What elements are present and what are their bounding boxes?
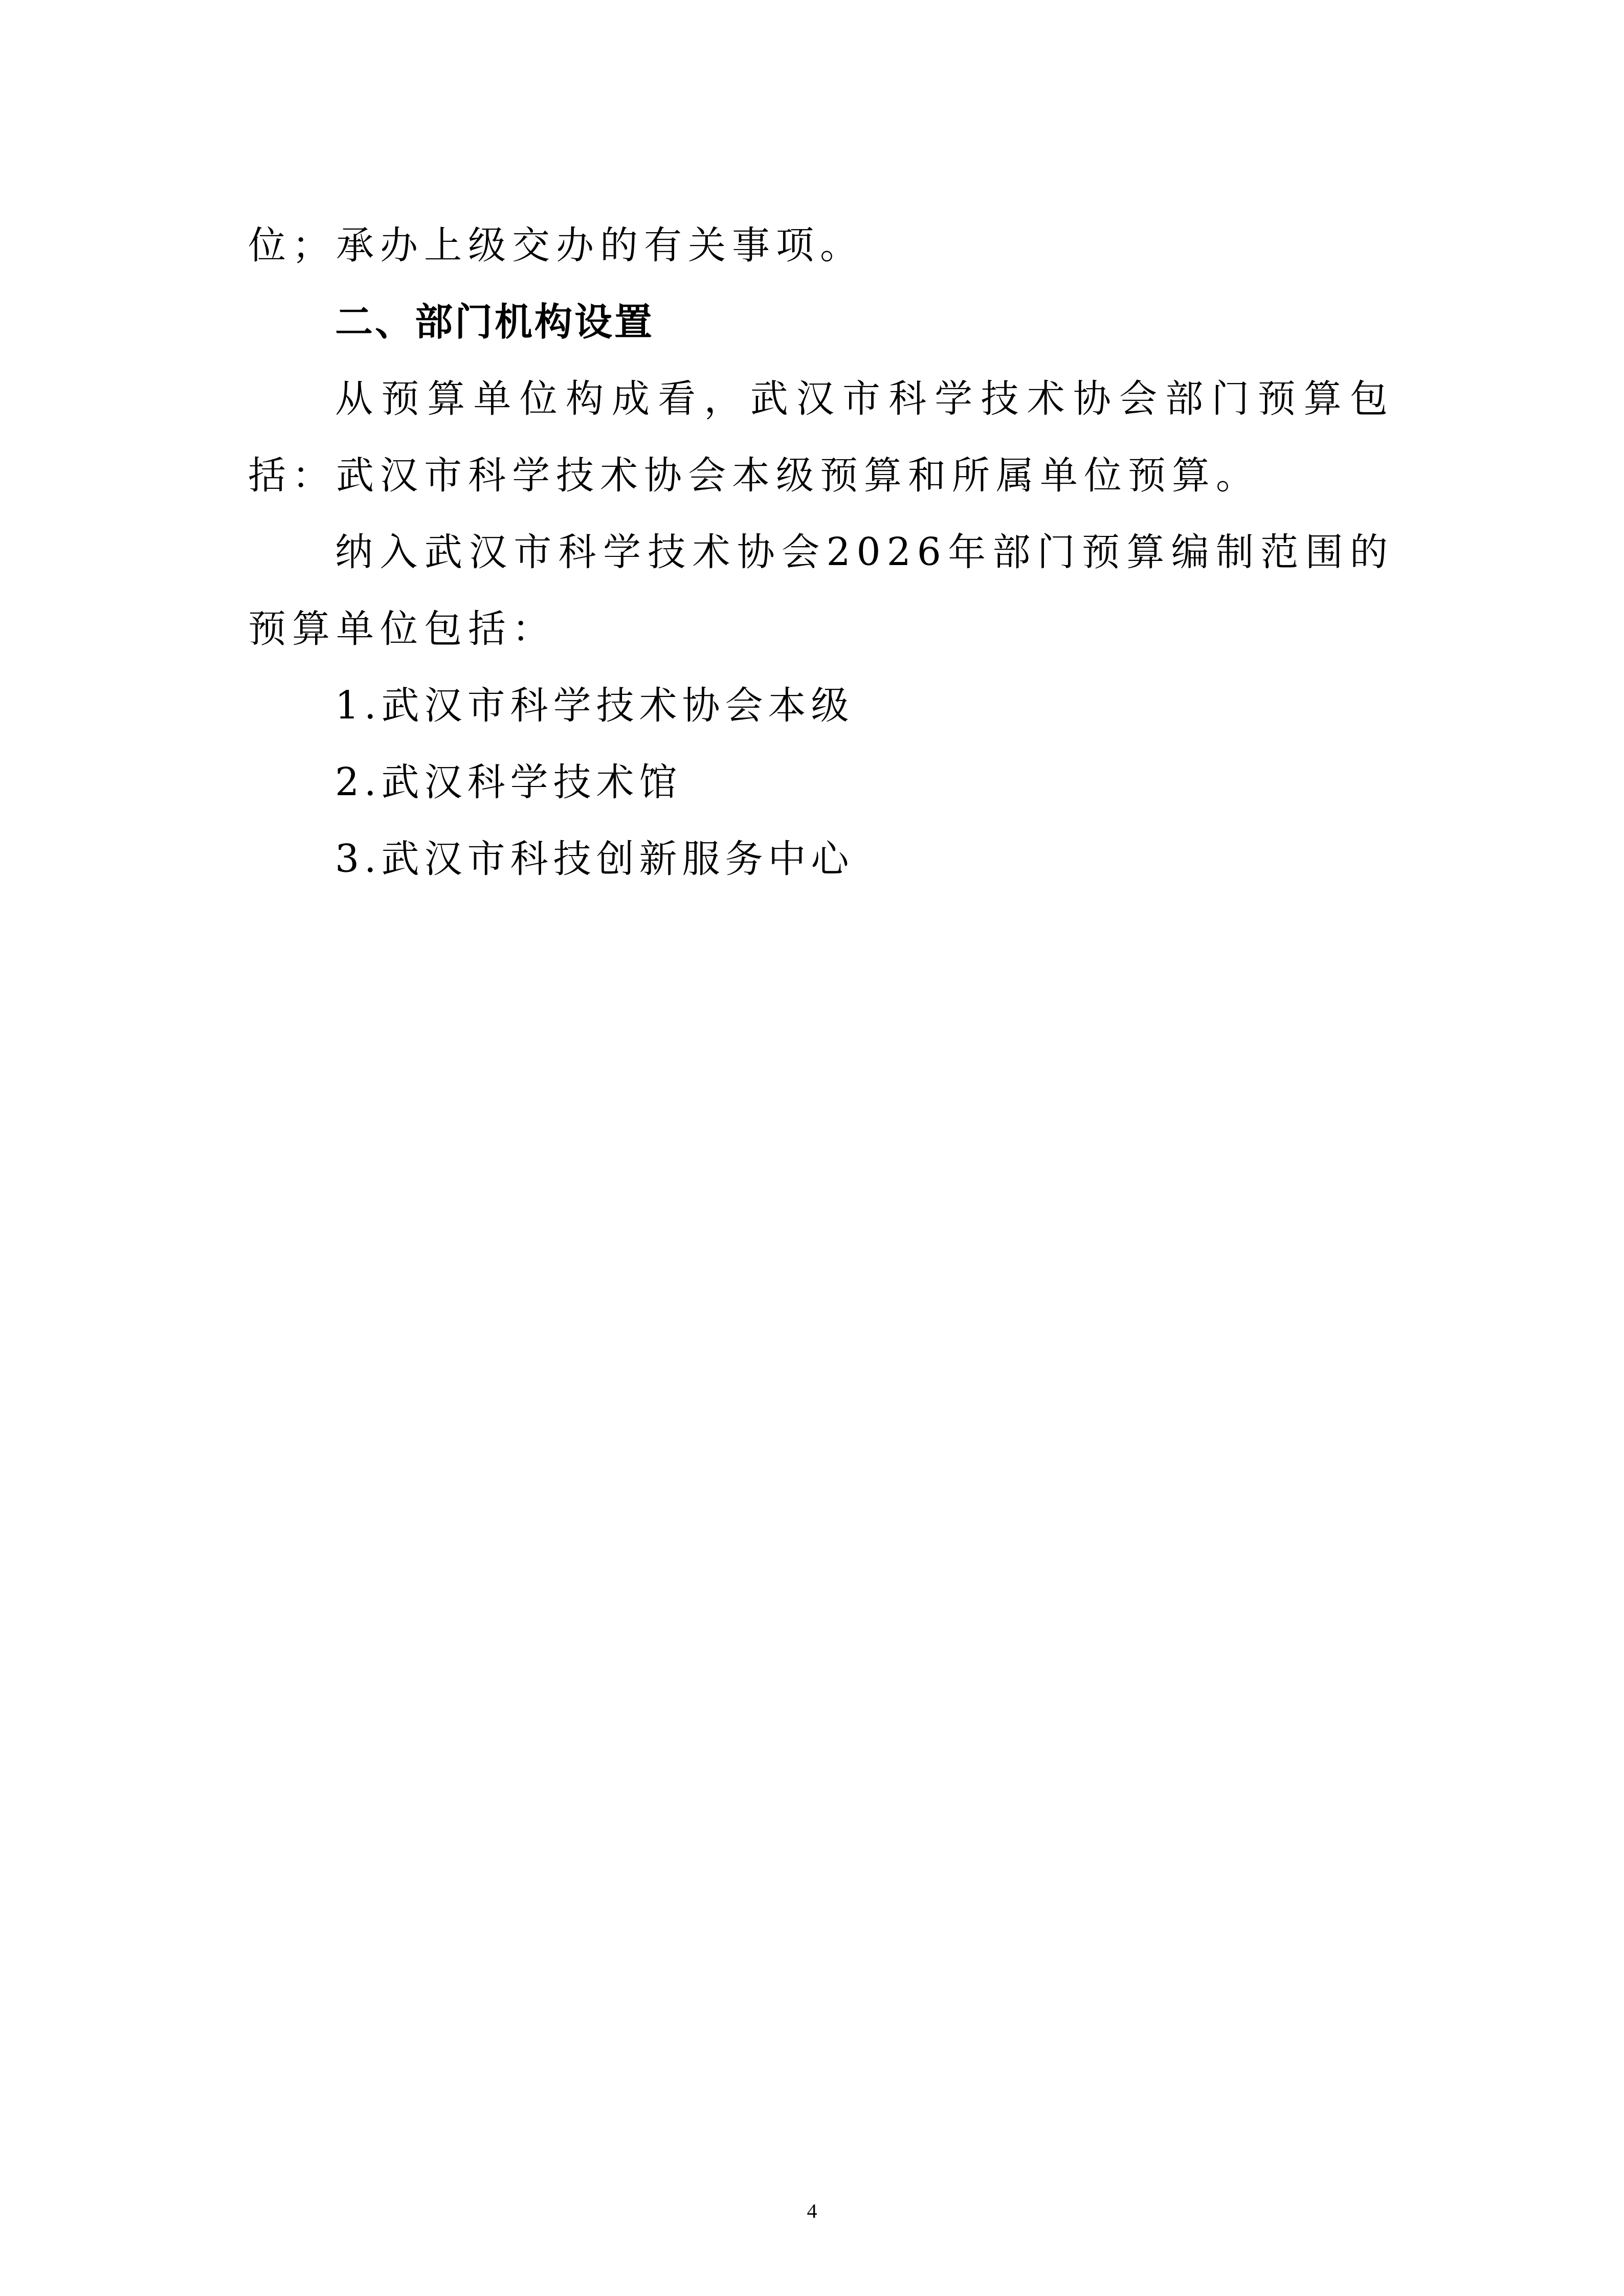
paragraph-budget-scope: 纳入武汉市科学技术协会2026年部门预算编制范围的预算单位包括： <box>248 514 1394 667</box>
body-text: 位；承办上级交办的有关事项。 二、部门机构设置 从预算单位构成看，武汉市科学技术… <box>248 207 1394 897</box>
list-item: 1.武汉市科学技术协会本级 <box>248 667 1394 744</box>
paragraph-budget-composition: 从预算单位构成看，武汉市科学技术协会部门预算包括：武汉市科学技术协会本级预算和所… <box>248 361 1394 514</box>
list-item: 2.武汉科学技术馆 <box>248 744 1394 821</box>
page-number: 4 <box>0 2199 1624 2223</box>
section-heading: 二、部门机构设置 <box>248 284 1394 361</box>
continuation-line: 位；承办上级交办的有关事项。 <box>248 207 1394 284</box>
document-page: 位；承办上级交办的有关事项。 二、部门机构设置 从预算单位构成看，武汉市科学技术… <box>0 0 1624 2296</box>
list-item: 3.武汉市科技创新服务中心 <box>248 821 1394 897</box>
